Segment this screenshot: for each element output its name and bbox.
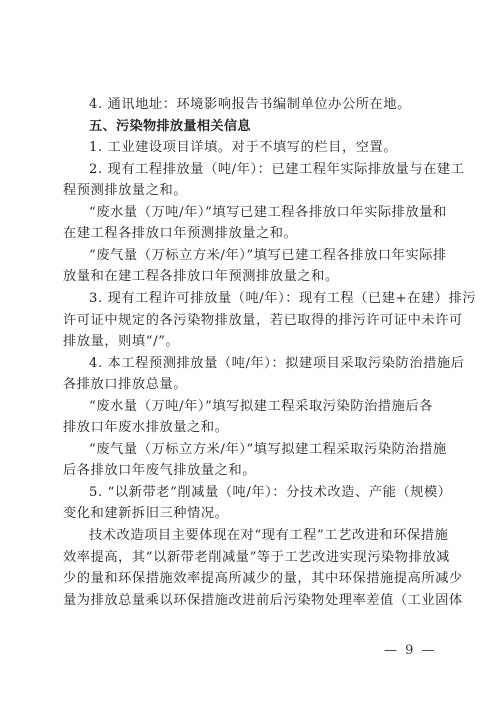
text-line: 许可证中规定的各污染物排放量，若已取得的排污许可证中未许可 bbox=[63, 309, 433, 333]
text-line: 2. 现有工程排放量（吨/年）：已建工程年实际排放量与在建工 bbox=[63, 158, 433, 182]
text-line: “废水量（万吨/年）”填写已建工程各排放口年实际排放量和 bbox=[63, 201, 433, 225]
text-line: 量为排放总量乘以环保措施改进前后污染物处理率差值（工业固体 bbox=[63, 589, 433, 613]
text-line: 后各排放口年废气排放量之和。 bbox=[63, 459, 433, 483]
text-line: 5. “以新带老”削减量（吨/年）：分技术改造、产能（规模） bbox=[63, 481, 433, 505]
section-heading: 五、污染物排放量相关信息 bbox=[63, 115, 433, 139]
text-line: “废气量（万标立方米/年）”填写拟建工程采取污染防治措施 bbox=[63, 438, 433, 462]
text-line: 放量和在建工程各排放口年预测排放量之和。 bbox=[63, 265, 433, 289]
text-line: 3. 现有工程许可排放量（吨/年）：现有工程（已建+在建）排污 bbox=[63, 287, 433, 311]
page-number: — 9 — bbox=[384, 643, 437, 658]
text-line: 排放量，则填“/”。 bbox=[63, 330, 433, 354]
text-line: 少的量和环保措施效率提高所减少的量，其中环保措施提高所减少 bbox=[63, 567, 433, 591]
text-line: “废气量（万标立方米/年）”填写已建工程各排放口年实际排 bbox=[63, 244, 433, 268]
text-line: 程预测排放量之和。 bbox=[63, 179, 433, 203]
text-line: 在建工程各排放口年预测排放量之和。 bbox=[63, 222, 433, 246]
text-line: 排放口年废水排放量之和。 bbox=[63, 416, 433, 440]
text-line: 各排放口排放总量。 bbox=[63, 373, 433, 397]
text-line: 技术改造项目主要体现在对“现有工程”工艺改进和环保措施 bbox=[63, 524, 433, 548]
text-line: “废水量（万吨/年）”填写拟建工程采取污染防治措施后各 bbox=[63, 395, 433, 419]
text-line: 4. 通讯地址：环境影响报告书编制单位办公所在地。 bbox=[63, 93, 433, 117]
text-line: 1. 工业建设项目详填。对于不填写的栏目，空置。 bbox=[63, 136, 433, 160]
text-line: 变化和建新拆旧三种情况。 bbox=[63, 502, 433, 526]
text-line: 效率提高，其“以新带老削减量”等于工艺改进实现污染物排放减 bbox=[63, 546, 433, 570]
text-line: 4. 本工程预测排放量（吨/年）：拟建项目采取污染防治措施后 bbox=[63, 352, 433, 376]
